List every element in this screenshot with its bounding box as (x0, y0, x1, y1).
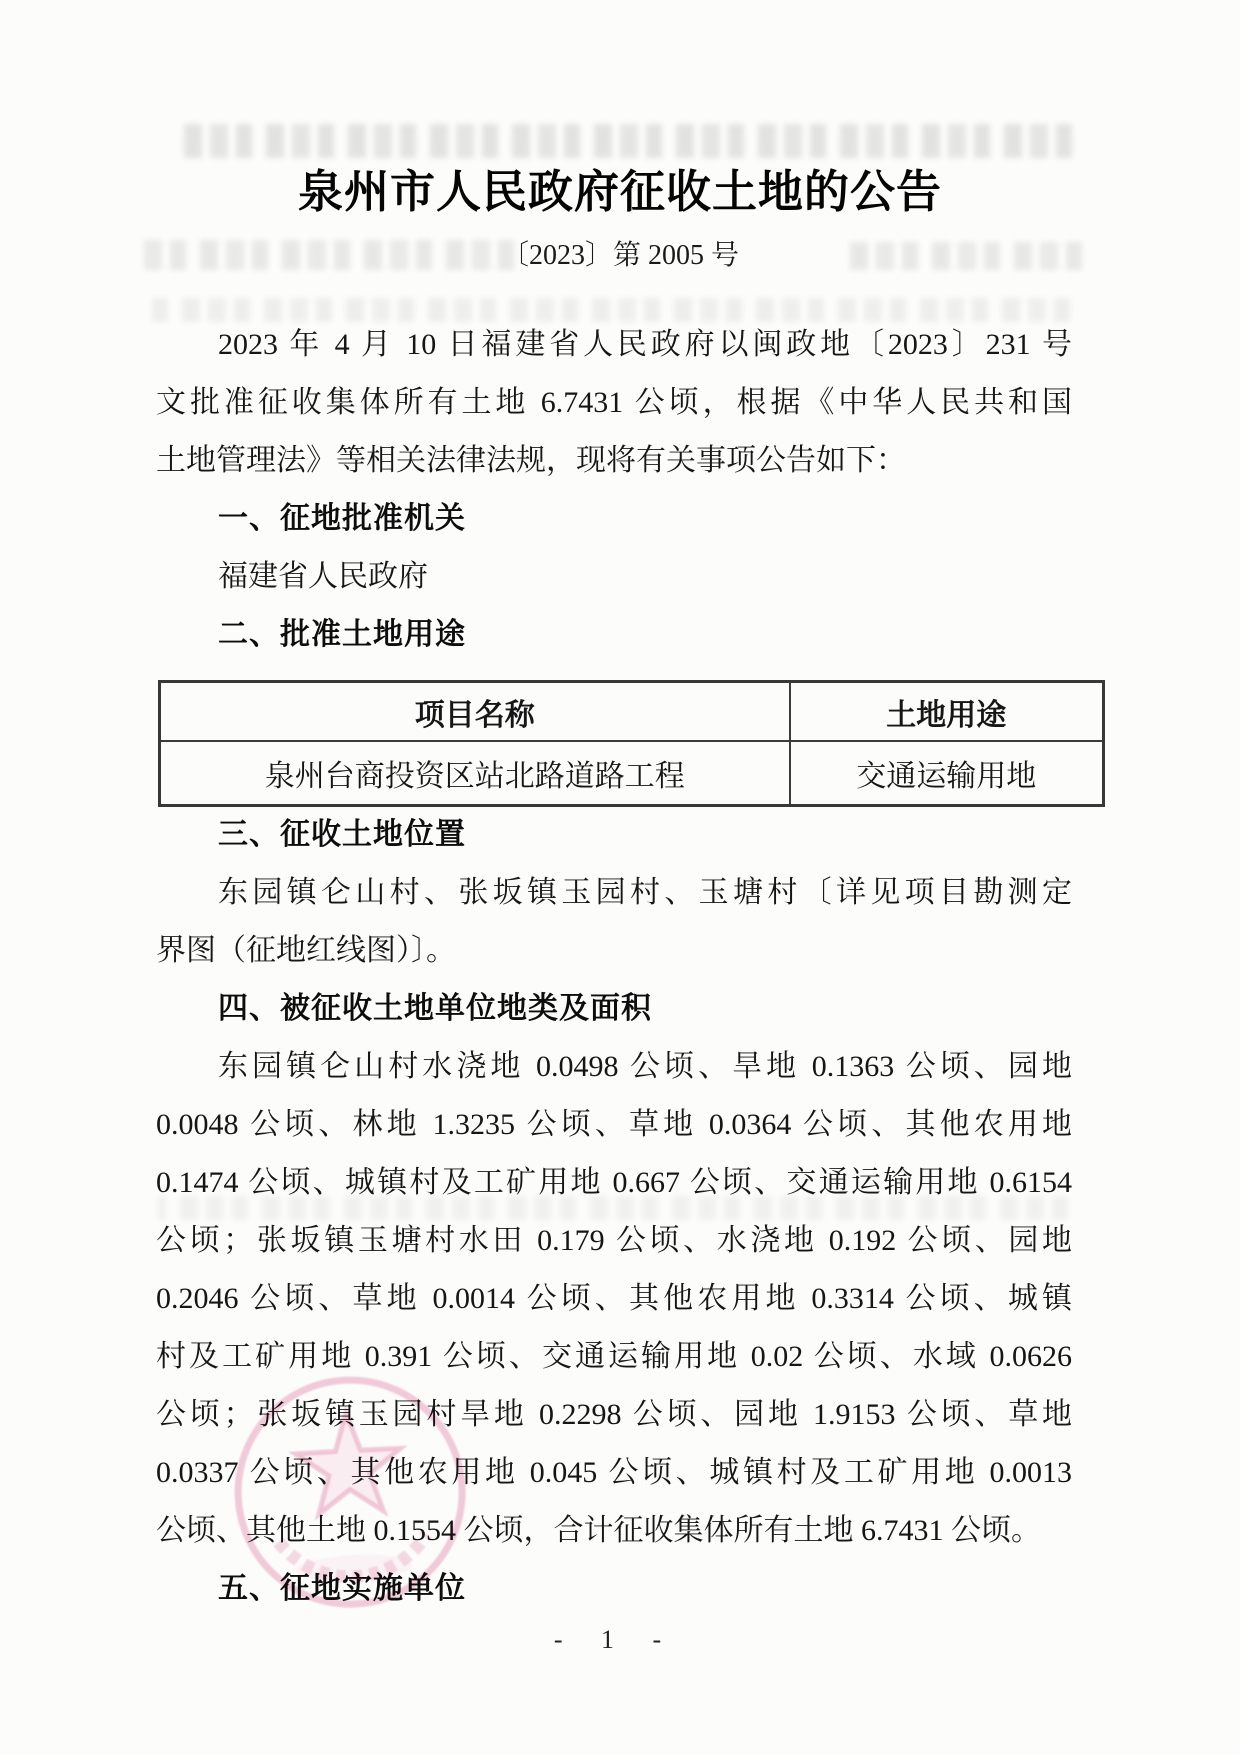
table-header-land-use: 土地用途 (790, 682, 1104, 742)
intro-line: 土地管理法》等相关法律法规，现将有关事项公告如下： (156, 432, 1072, 490)
intro-line: 2023 年 4 月 10 日福建省人民政府以闽政地〔2023〕231 号 (156, 316, 1072, 374)
section-4-line: 公顷；张坂镇玉园村旱地 0.2298 公顷、园地 1.9153 公顷、草地 (156, 1386, 1072, 1444)
section-4-line: 公顷；张坂镇玉塘村水田 0.179 公顷、水浇地 0.192 公顷、园地 (156, 1212, 1072, 1270)
land-use-table: 项目名称 土地用途 泉州台商投资区站北路道路工程 交通运输用地 (158, 680, 1105, 807)
section-heading-1: 一、征地批准机关 (156, 490, 1072, 548)
scanned-document-page: 泉州市人民政府征收土地的公告 〔2023〕第 2005 号 2023 年 4 月… (0, 0, 1240, 1754)
body-block-upper: 2023 年 4 月 10 日福建省人民政府以闽政地〔2023〕231 号 文批… (156, 316, 1072, 664)
table-row: 泉州台商投资区站北路道路工程 交通运输用地 (160, 741, 1104, 806)
intro-line: 文批准征收集体所有土地 6.7431 公顷，根据《中华人民共和国 (156, 374, 1072, 432)
section-heading-2: 二、批准土地用途 (156, 606, 1072, 664)
section-4-line: 0.2046 公顷、草地 0.0014 公顷、其他农用地 0.3314 公顷、城… (156, 1270, 1072, 1328)
section-3-line: 界图（征地红线图）〕。 (156, 922, 1072, 980)
document-number: 〔2023〕第 2005 号 (0, 240, 1240, 272)
page-number: - 1 - (412, 1622, 812, 1658)
table-header-project-name: 项目名称 (160, 682, 790, 742)
document-title: 泉州市人民政府征收土地的公告 (0, 166, 1240, 218)
table-cell-land-use: 交通运输用地 (790, 741, 1104, 806)
bleedthrough-smudge-top (176, 124, 1072, 158)
section-heading-4: 四、被征收土地单位地类及面积 (156, 980, 1072, 1038)
table-cell-project-name: 泉州台商投资区站北路道路工程 (160, 741, 790, 806)
section-heading-5: 五、征地实施单位 (156, 1560, 1072, 1618)
section-4-line: 0.0048 公顷、林地 1.3235 公顷、草地 0.0364 公顷、其他农用… (156, 1096, 1072, 1154)
body-block-lower: 三、征收土地位置 东园镇仑山村、张坂镇玉园村、玉塘村〔详见项目勘测定 界图（征地… (156, 806, 1072, 1618)
section-3-line: 东园镇仑山村、张坂镇玉园村、玉塘村〔详见项目勘测定 (156, 864, 1072, 922)
table-header-row: 项目名称 土地用途 (160, 682, 1104, 742)
section-4-line: 公顷、其他土地 0.1554 公顷，合计征收集体所有土地 6.7431 公顷。 (156, 1502, 1072, 1560)
section-4-line: 0.0337 公顷、其他农用地 0.045 公顷、城镇村及工矿用地 0.0013 (156, 1444, 1072, 1502)
section-heading-3: 三、征收土地位置 (156, 806, 1072, 864)
section-1-body: 福建省人民政府 (156, 548, 1072, 606)
section-4-line: 村及工矿用地 0.391 公顷、交通运输用地 0.02 公顷、水域 0.0626 (156, 1328, 1072, 1386)
section-4-line: 0.1474 公顷、城镇村及工矿用地 0.667 公顷、交通运输用地 0.615… (156, 1154, 1072, 1212)
section-4-line: 东园镇仑山村水浇地 0.0498 公顷、旱地 0.1363 公顷、园地 (156, 1038, 1072, 1096)
